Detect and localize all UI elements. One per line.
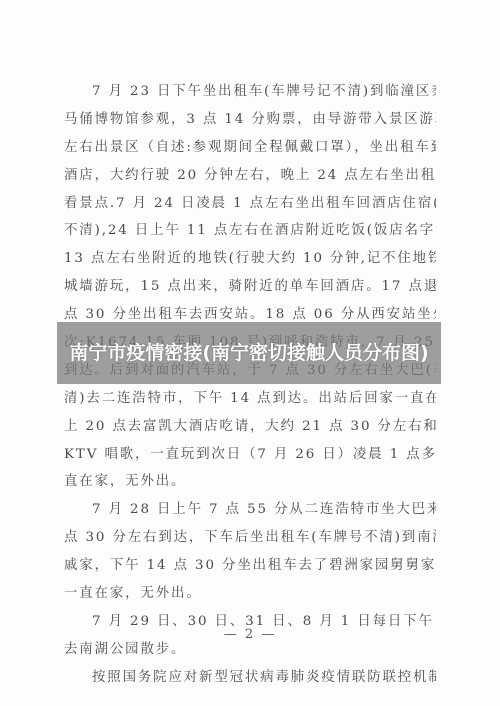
document-line: 上 20 点去富凯大酒店吃请，大约 21 点 30 分左右和朋友去欧连 xyxy=(64,413,436,441)
document-line: 不清),24 日上午 11 点左右在酒店附近吃饭(饭店名字记不清)， xyxy=(64,217,436,245)
overlay-title: 南宁市疫情密接(南宁密切接触人员分布图) xyxy=(69,341,429,366)
document-line: 7 月 28 日上午 7 点 55 分从二连浩特市坐大巴来商都县,13 xyxy=(64,496,436,524)
document-line: 马俑博物馆参观，3 点 14 分购票，由导游带入景区游玩，6 点 xyxy=(64,106,436,134)
document-line: 左右出景区（自述:参观期间全程佩戴口罩），坐出租车到速 8 xyxy=(64,134,436,162)
document-line: 按照国务院应对新型冠状病毒肺炎疫情联防联控机制《关 xyxy=(64,664,436,692)
title-overlay-banner: 南宁市疫情密接(南宁密切接触人员分布图) xyxy=(57,322,441,384)
document-body: 7 月 23 日下午坐出租车(车牌号记不清)到临潼区秦始皇兵 马俑博物馆参观，3… xyxy=(64,78,436,692)
document-line: 城墙游玩，15 点出来，骑附近的单车回酒店。17 点退房，17 xyxy=(64,273,436,301)
document-line: 戚家，下午 14 点 30 分坐出租车去了碧洲家园舅舅家居住。后 xyxy=(64,552,436,580)
document-line: 7 月 23 日下午坐出租车(车牌号记不清)到临潼区秦始皇兵 xyxy=(64,78,436,106)
document-line: KTV 唱歌，一直玩到次日（7 月 26 日）凌晨 1 点多回家，后一 xyxy=(64,441,436,469)
document-line: 点 30 分左右到达，下车后坐出租车(车牌号不清)到南湖小区亲 xyxy=(64,524,436,552)
document-line: 13 点左右坐附近的地铁(行驶大约 10 分钟,记不住地铁号)到古 xyxy=(64,245,436,273)
document-line: 一直在家，无外出。 xyxy=(64,580,436,608)
document-line: 酒店，大约行驶 20 分钟左右，晚上 24 点左右坐出租车去鼓楼 xyxy=(64,162,436,190)
page-number: — 2 — xyxy=(0,627,500,642)
document-line: 清)去二连浩特市，下午 14 点到达。出站后回家一直在家，晚 xyxy=(64,385,436,413)
document-line: 看景点.7 月 24 日凌晨 1 点左右坐出租车回酒店住宿(车牌号记 xyxy=(64,190,436,218)
document-line: 直在家，无外出。 xyxy=(64,468,436,496)
